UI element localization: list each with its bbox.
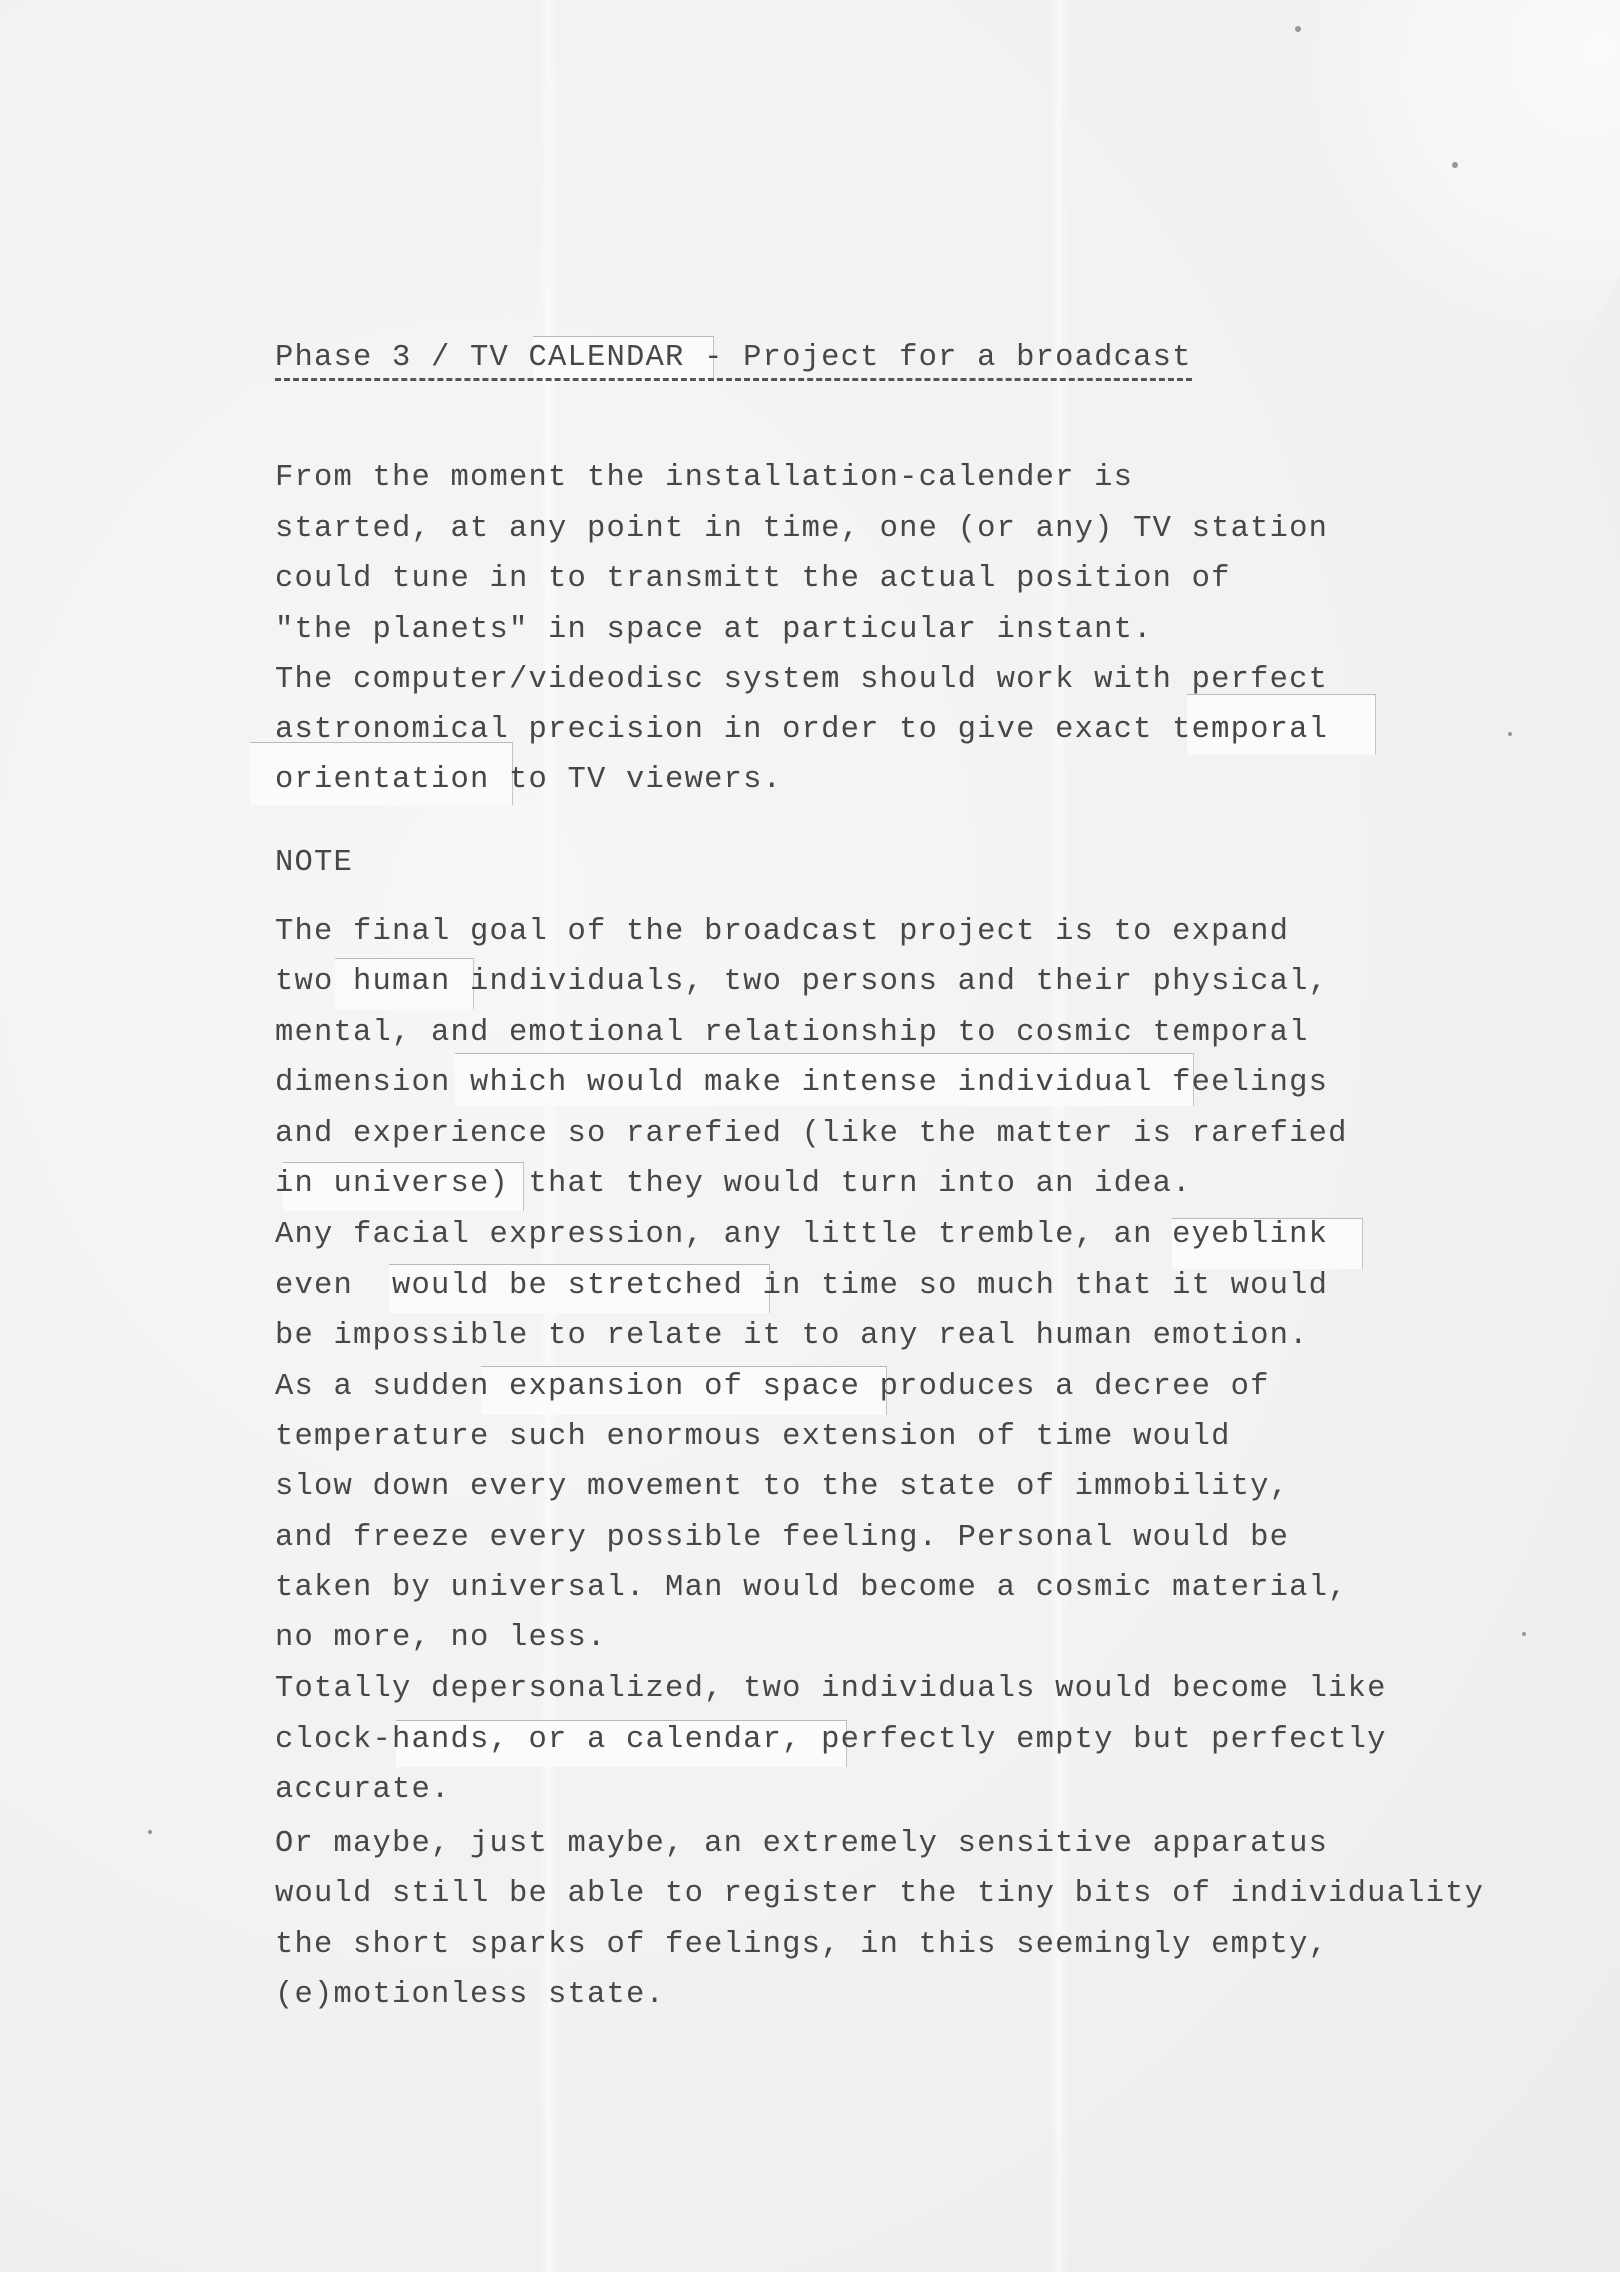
paper-speck	[1295, 26, 1301, 32]
text-line: The final goal of the broadcast project …	[275, 914, 1289, 950]
text-line: and freeze every possible feeling. Perso…	[275, 1520, 1289, 1556]
text-line: As a sudden expansion of space produces …	[275, 1369, 1270, 1405]
text-line: the short sparks of feelings, in this se…	[275, 1927, 1328, 1963]
text-line: no more, no less.	[275, 1620, 607, 1656]
text-line: The computer/videodisc system should wor…	[275, 662, 1328, 698]
text-line: astronomical precision in order to give …	[275, 712, 1328, 748]
text-line: temperature such enormous extension of t…	[275, 1419, 1231, 1455]
text-line: two human individuals, two persons and t…	[275, 964, 1328, 1000]
text-line: (e)motionless state.	[275, 1977, 665, 2013]
paper-speck	[1508, 732, 1512, 736]
paper-speck	[1522, 1632, 1526, 1636]
document-title: Phase 3 / TV CALENDAR - Project for a br…	[275, 340, 1192, 381]
text-line: be impossible to relate it to any real h…	[275, 1318, 1309, 1354]
text-line: taken by universal. Man would become a c…	[275, 1570, 1348, 1606]
text-line: and experience so rarefied (like the mat…	[275, 1116, 1348, 1152]
text-line: even would be stretched in time so much …	[275, 1268, 1328, 1304]
text-line: Totally depersonalized, two individuals …	[275, 1671, 1387, 1707]
text-line: started, at any point in time, one (or a…	[275, 511, 1328, 547]
text-line: "the planets" in space at particular ins…	[275, 612, 1153, 648]
text-line: From the moment the installation-calende…	[275, 460, 1133, 496]
text-line: mental, and emotional relationship to co…	[275, 1015, 1309, 1051]
text-line: clock-hands, or a calendar, perfectly em…	[275, 1722, 1387, 1758]
scanned-page: Phase 3 / TV CALENDAR - Project for a br…	[0, 0, 1620, 2272]
page-lighting	[1195, 0, 1620, 376]
text-line: Or maybe, just maybe, an extremely sensi…	[275, 1826, 1328, 1862]
paper-speck	[1452, 162, 1458, 168]
text-line: slow down every movement to the state of…	[275, 1469, 1289, 1505]
text-line: Any facial expression, any little trembl…	[275, 1217, 1328, 1253]
text-line: would still be able to register the tiny…	[275, 1876, 1484, 1912]
text-line: could tune in to transmitt the actual po…	[275, 561, 1231, 597]
text-line: dimension which would make intense indiv…	[275, 1065, 1328, 1101]
text-line: orientation to TV viewers.	[275, 762, 782, 798]
paper-speck	[148, 1830, 152, 1834]
text-line: in universe) that they would turn into a…	[275, 1166, 1192, 1202]
text-line: accurate.	[275, 1772, 451, 1808]
note-heading: NOTE	[275, 845, 353, 881]
